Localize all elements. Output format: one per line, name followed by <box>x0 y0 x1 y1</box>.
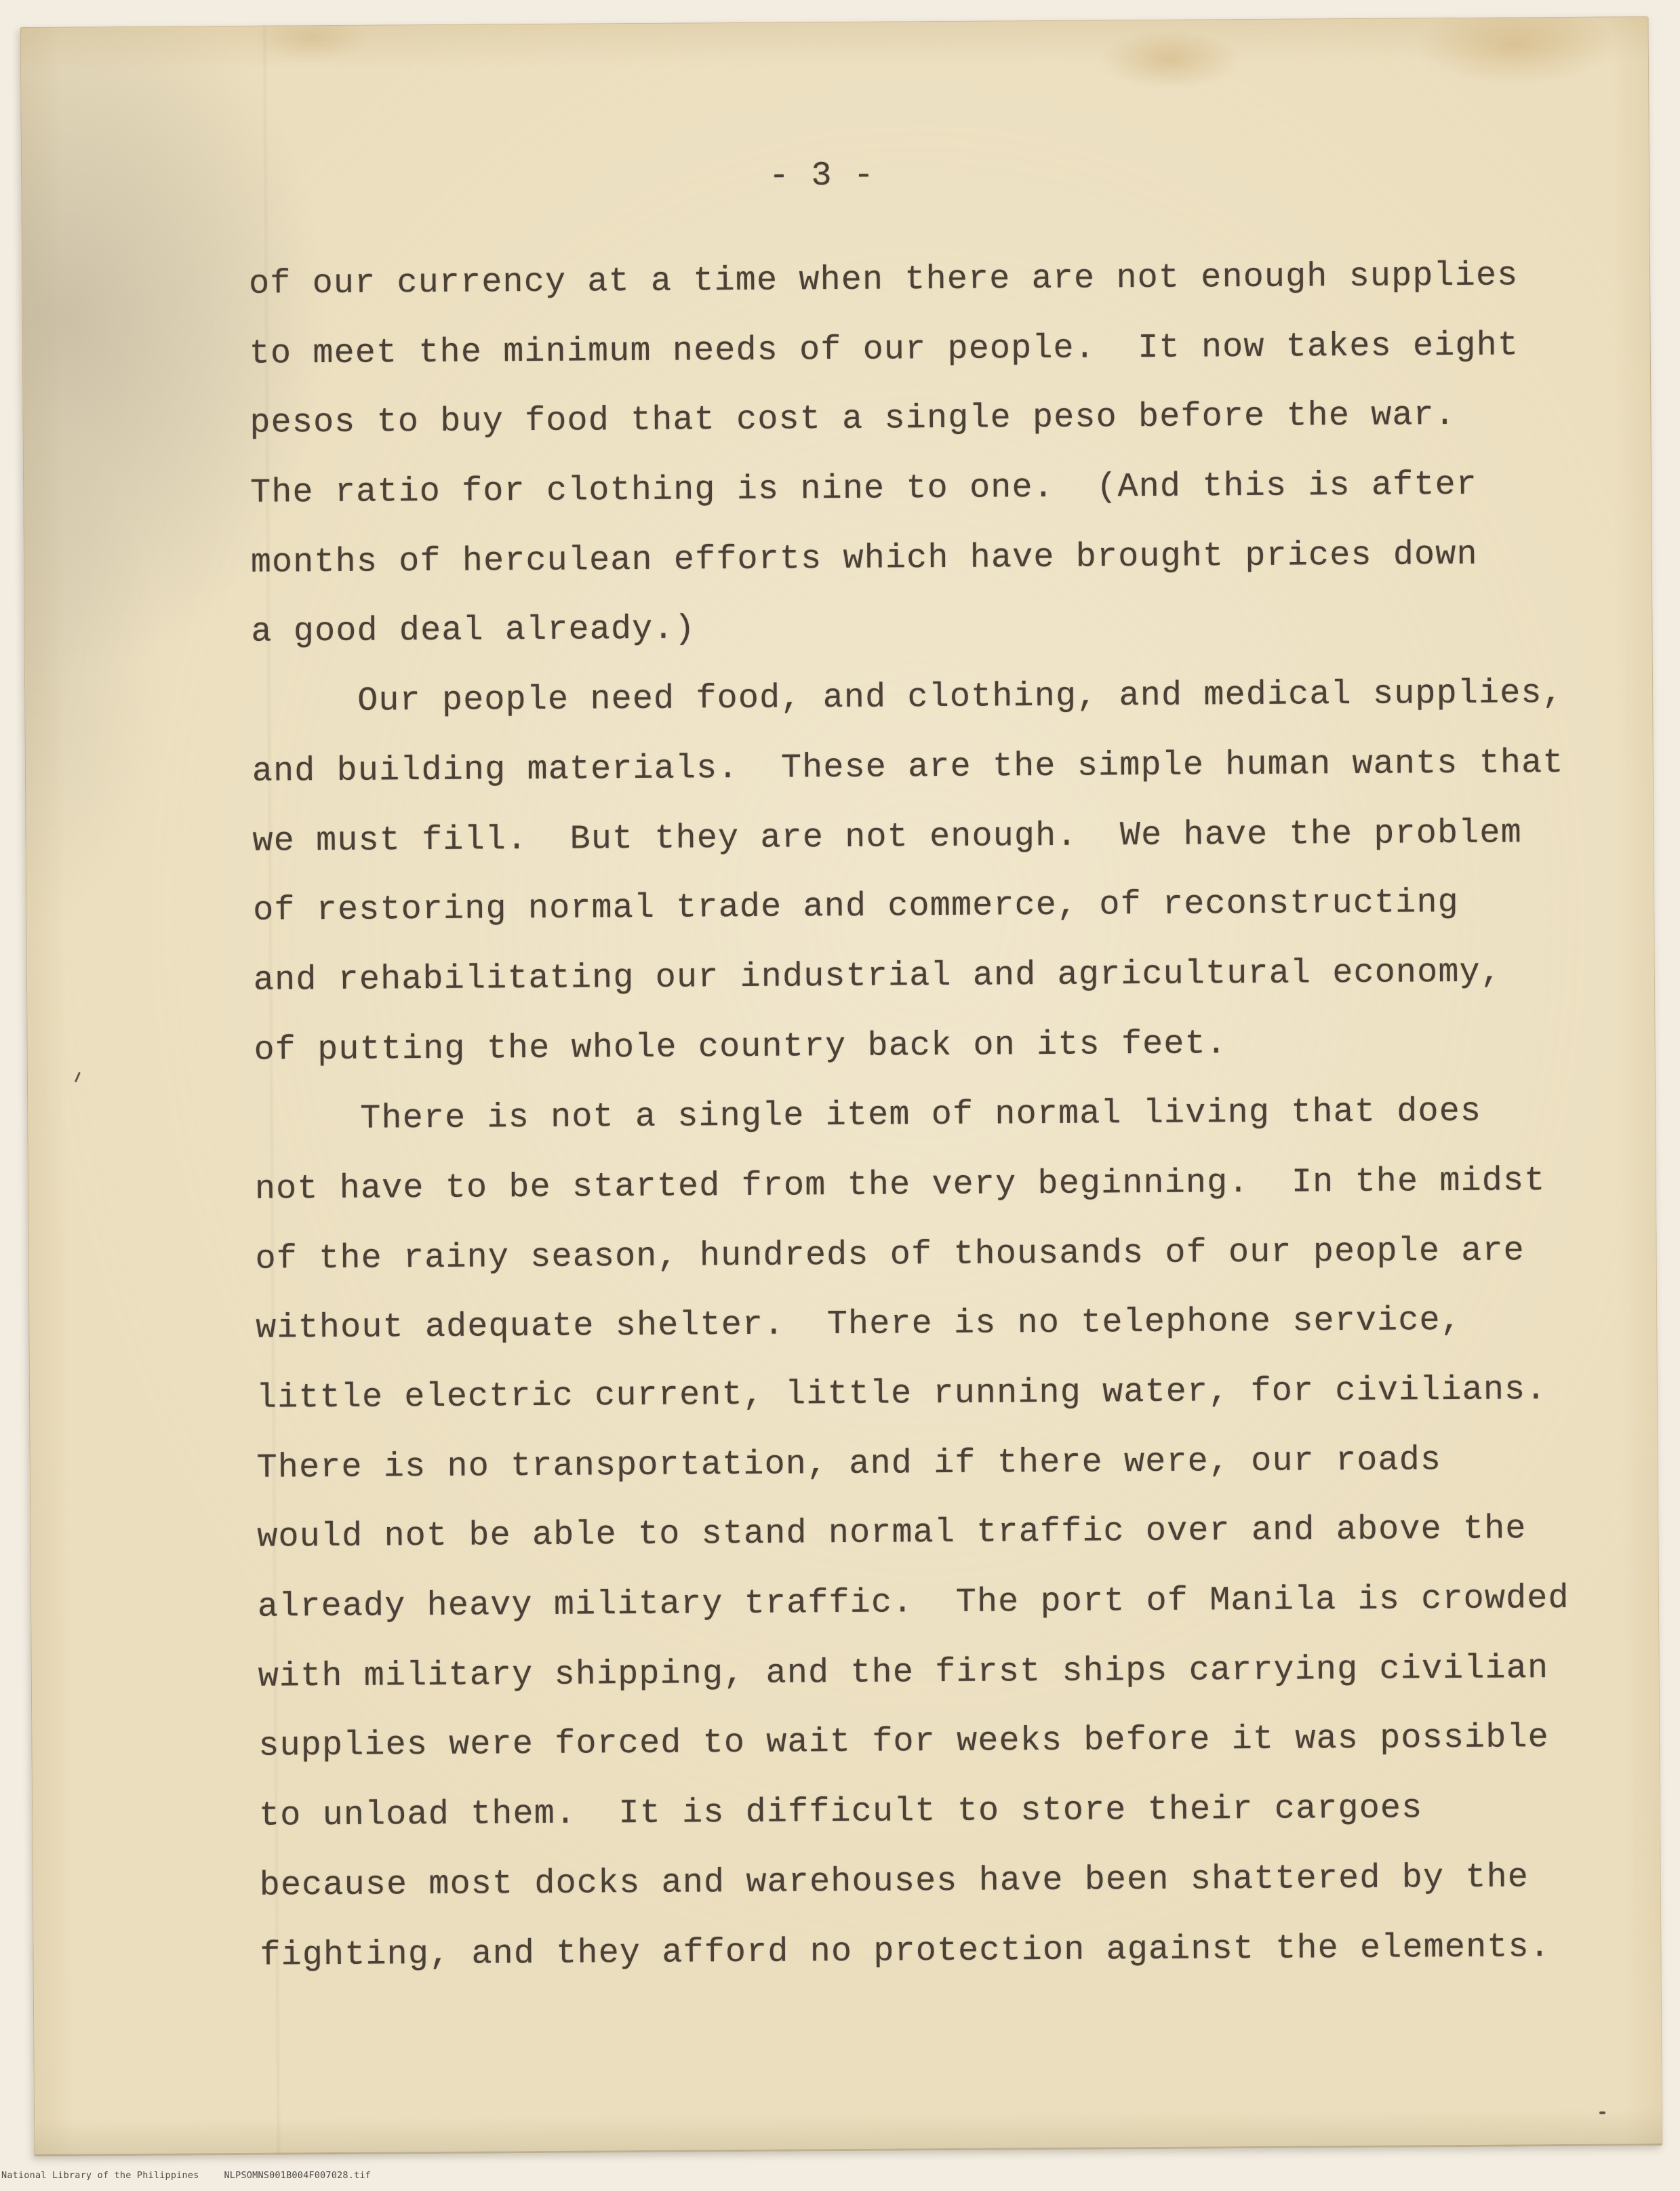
typed-line-7: Our people need food, and clothing, and … <box>252 659 1608 738</box>
typed-line-2: to meet the minimum needs of our people.… <box>249 311 1605 389</box>
typed-line-19: would not be able to stand normal traffi… <box>257 1495 1614 1573</box>
typed-line-12: of putting the whole country back on its… <box>254 1007 1610 1086</box>
typed-line-20: already heavy military traffic. The port… <box>258 1564 1614 1643</box>
footer-library-name: National Library of the Philippines <box>1 2170 199 2181</box>
scan-footer: National Library of the Philippines NLPS… <box>1 2170 371 2181</box>
stray-ink-mark <box>75 1072 81 1083</box>
typed-line-5: months of herculean efforts which have b… <box>251 519 1607 598</box>
typed-line-11: and rehabilitating our industrial and ag… <box>254 937 1610 1016</box>
footer-filename: NLPSOMNS001B004F007028.tif <box>224 2170 371 2181</box>
typed-line-16: without adequate shelter. There is no te… <box>256 1286 1612 1364</box>
typed-line-18: There is no transportation, and if there… <box>256 1425 1613 1503</box>
typed-line-24: because most docks and warehouses have b… <box>259 1842 1616 1921</box>
typed-line-23: to unload them. It is difficult to store… <box>259 1773 1616 1852</box>
typed-line-22: supplies were forced to wait for weeks b… <box>258 1703 1615 1782</box>
typed-line-6: a good deal already.) <box>251 589 1607 668</box>
typed-line-13: There is not a single item of normal liv… <box>254 1077 1611 1156</box>
typed-line-1: of our currency at a time when there are… <box>249 241 1605 320</box>
typed-line-15: of the rainy season, hundreds of thousan… <box>255 1216 1612 1295</box>
typed-text-block: of our currency at a time when there are… <box>249 241 1616 1991</box>
typed-line-25: fighting, and they afford no protection … <box>260 1912 1616 1991</box>
typed-line-8: and building materials. These are the si… <box>252 728 1609 807</box>
typed-line-4: The ratio for clothing is nine to one. (… <box>250 450 1607 529</box>
typed-line-14: not have to be started from the very beg… <box>255 1146 1612 1225</box>
ink-speck <box>1599 2112 1605 2114</box>
typed-line-9: we must fill. But they are not enough. W… <box>252 798 1609 877</box>
typed-line-17: little electric current, little running … <box>256 1355 1613 1434</box>
page-number: - 3 - <box>727 156 917 196</box>
typed-line-3: pesos to buy food that cost a single pes… <box>249 380 1606 459</box>
typed-line-10: of restoring normal trade and commerce, … <box>253 868 1609 947</box>
typed-line-21: with military shipping, and the first sh… <box>258 1634 1614 1712</box>
document-page: - 3 - of our currency at a time when the… <box>20 16 1663 2156</box>
